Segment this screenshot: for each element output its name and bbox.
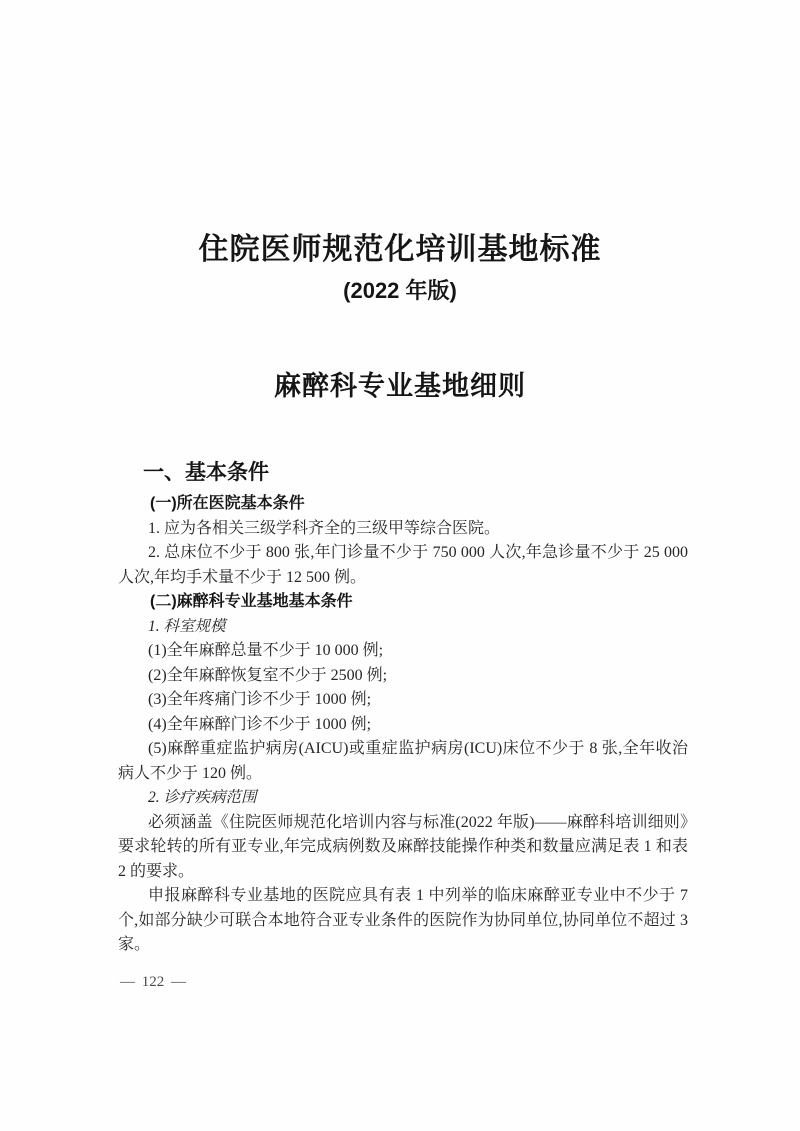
subheading-hospital-basic-conditions: (一)所在医院基本条件 <box>118 492 688 517</box>
document-page: 住院医师规范化培训基地标准 (2022 年版) 麻醉科专业基地细则 一、基本条件… <box>0 0 800 1131</box>
paragraph-hospital-item-1: 1. 应为各相关三级学科齐全的三级甲等综合医院。 <box>118 517 688 542</box>
paragraph-scale-item-5: (5)麻醉重症监护病房(AICU)或重症监护病房(ICU)床位不少于 8 张,全… <box>118 737 688 786</box>
edition-subtitle: (2022 年版) <box>0 274 800 305</box>
document-body: (一)所在医院基本条件 1. 应为各相关三级学科齐全的三级甲等综合医院。 2. … <box>118 492 688 958</box>
paragraph-scale-item-1: (1)全年麻醉总量不少于 10 000 例; <box>118 639 688 664</box>
paragraph-hospital-item-2: 2. 总床位不少于 800 张,年门诊量不少于 750 000 人次,年急诊量不… <box>118 541 688 590</box>
main-title: 住院医师规范化培训基地标准 <box>0 224 800 268</box>
paragraph-scale-item-4: (4)全年麻醉门诊不少于 1000 例; <box>118 713 688 738</box>
paragraph-application-requirement: 申报麻醉科专业基地的医院应具有表 1 中列举的临床麻醉亚专业中不少于 7 个,如… <box>118 884 688 958</box>
kai-heading-department-scale: 1. 科室规模 <box>118 615 688 640</box>
subheading-anesthesia-base-conditions: (二)麻醉科专业基地基本条件 <box>118 590 688 615</box>
kai-heading-disease-range: 2. 诊疗疾病范围 <box>118 786 688 811</box>
chapter-title: 麻醉科专业基地细则 <box>0 364 800 403</box>
paragraph-scale-item-3: (3)全年疼痛门诊不少于 1000 例; <box>118 688 688 713</box>
section-heading-basic-conditions: 一、基本条件 <box>143 456 269 486</box>
paragraph-scale-item-2: (2)全年麻醉恢复室不少于 2500 例; <box>118 664 688 689</box>
paragraph-coverage-requirement: 必须涵盖《住院医师规范化培训内容与标准(2022 年版)——麻醉科培训细则》要求… <box>118 811 688 885</box>
page-number: — 122 — <box>120 974 186 991</box>
